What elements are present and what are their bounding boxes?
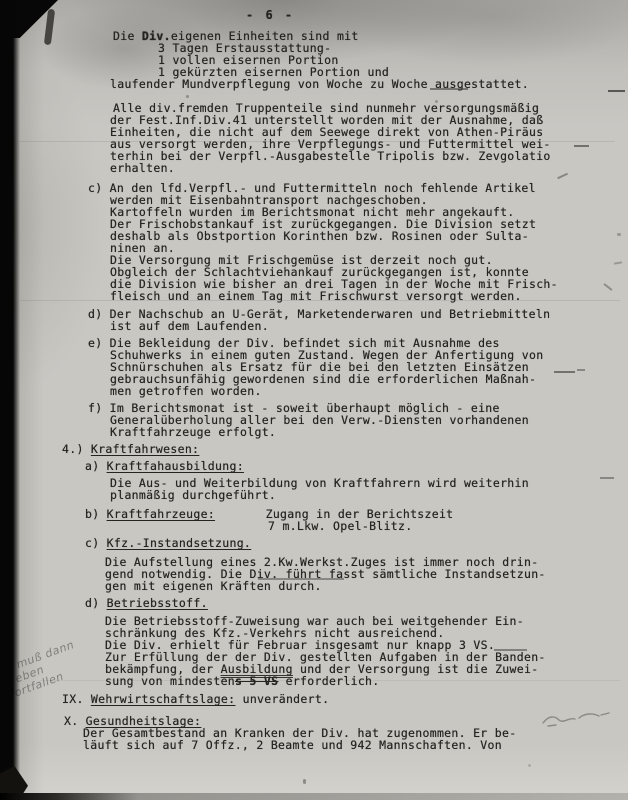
scan-edge-bottom (0, 793, 628, 800)
text-segment: läuft sich auf 7 Offz., 2 Beamte und 942… (83, 738, 502, 752)
text-segment: Betriebsstoff. (107, 596, 208, 610)
text-line: men getroffen worden. (110, 385, 262, 397)
scan-mark (554, 371, 575, 373)
scan-mark (603, 283, 612, 291)
text-segment: planmäßig durchgeführt. (110, 488, 276, 502)
text-line: 7 m.Lkw. Opel-Blitz. (268, 520, 412, 532)
scan-mark (435, 100, 438, 103)
scan-mark (617, 233, 621, 236)
scan-edge-left (0, 0, 20, 800)
text-line: terhin bei der Verpfl.-Ausgabestelle Tri… (110, 150, 551, 162)
text-segment: Kraftfahrzeuge erfolgt. (110, 425, 276, 439)
text-segment: s 5 VS (235, 674, 278, 688)
text-segment: erforderlich. (278, 674, 379, 688)
text-line: erhalten. (110, 162, 175, 174)
text-segment: sung von mindesten (105, 674, 235, 688)
text-segment: a) (85, 459, 107, 473)
scan-mark (20, 141, 615, 142)
text-line: 4.) Kraftfahrwesen: (62, 443, 199, 455)
scan-mark (577, 369, 585, 371)
text-segment: Wehrwirtschaftslage: (91, 692, 235, 706)
text-segment: 4.) (62, 442, 91, 456)
scan-mark (186, 95, 189, 98)
text-segment: erhalten. (110, 161, 175, 175)
text-segment: terhin bei der Verpfl.-Ausgabestelle Tri… (110, 149, 551, 163)
text-line: läuft sich auf 7 Offz., 2 Beamte und 942… (83, 739, 502, 751)
text-segment: Kfz.-Instandsetzung. (107, 536, 251, 550)
scan-mark (494, 649, 527, 651)
scan-mark (258, 578, 344, 580)
text-line: d) Betriebsstoff. (85, 597, 208, 609)
text-segment: unverändert. (235, 692, 329, 706)
scan-mark (614, 261, 622, 264)
scan-mark (574, 145, 589, 147)
scan-mark (20, 300, 620, 301)
scan-mark (608, 90, 625, 92)
scanned-document-page: - 6 -Die Div.eigenen Einheiten sind mit3… (0, 0, 628, 800)
page-number: - 6 - (246, 9, 295, 21)
text-segment: Kraftfahausbildung: (107, 459, 244, 473)
scan-mark (303, 779, 306, 784)
text-line: sung von mindestens 5 VS erforderlich. (105, 675, 380, 687)
text-line: Kraftfahrzeuge erfolgt. (110, 426, 276, 438)
text-segment: Die (113, 29, 142, 43)
scan-mark (40, 680, 620, 681)
text-segment: d) (85, 596, 107, 610)
scan-mark (528, 764, 531, 767)
scan-mark (557, 173, 568, 179)
text-line: a) Kraftfahausbildung: (85, 460, 244, 472)
text-segment: gen mit eigenen Kräften durch. (105, 579, 322, 593)
text-segment: men getroffen worden. (110, 384, 262, 398)
text-segment: b) (85, 507, 107, 521)
text-line: gen mit eigenen Kräften durch. (105, 580, 322, 592)
scan-mark (600, 477, 614, 479)
pencil-squiggle-mark (540, 707, 612, 731)
text-segment: - 6 - (246, 8, 295, 22)
text-segment: IX. (62, 692, 91, 706)
scan-mark (44, 9, 55, 46)
text-line: IX. Wehrwirtschaftslage: unverändert. (62, 693, 329, 705)
text-segment: ist auf dem Laufenden. (110, 319, 269, 333)
text-line: c) Kfz.-Instandsetzung. (85, 537, 251, 549)
text-line: planmäßig durchgeführt. (110, 489, 276, 501)
scan-mark (430, 88, 468, 90)
text-segment: Kraftfahrzeuge: (107, 507, 215, 521)
text-segment: c) (85, 536, 107, 550)
text-segment: Kraftfahrwesen: (91, 442, 199, 456)
text-line: ist auf dem Laufenden. (110, 320, 269, 332)
text-segment: 7 m.Lkw. Opel-Blitz. (268, 519, 412, 533)
